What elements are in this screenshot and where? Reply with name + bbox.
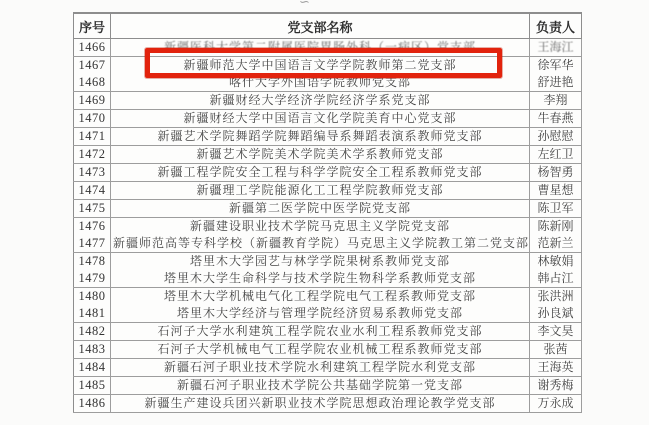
row-index: 1482 [74, 323, 111, 341]
row-index: 1474 [74, 182, 111, 200]
row-index: 1467 [74, 57, 111, 75]
party-branch-table: 序号 党支部名称 负责人 1466 新疆医科大学第二附属医院胃肠外科（一病区）党… [73, 12, 582, 413]
row-index: 1485 [74, 377, 111, 395]
table-row: 1475 新疆第二医学院中医学院党支部 陈卫军 [74, 200, 582, 218]
leader-name: 张洪洲 [530, 288, 582, 306]
branch-name: 新疆艺术学院美术学院美术学系教师党支部 [111, 146, 530, 164]
header-index: 序号 [74, 13, 111, 39]
header-leader: 负责人 [530, 13, 582, 39]
branch-name: 新疆建设职业技术学院马克思主义学院党支部 [111, 218, 530, 236]
branch-name: 塔里木大学机械电气化工程学院电气工程系教师党支部 [111, 288, 530, 306]
row-index: 1481 [74, 305, 111, 323]
branch-name: 新疆石河子职业技术学院水利建筑工程学院水利党支部 [111, 359, 530, 377]
table-row: 1479 塔里木大学生命科学与技术学院生物科学系教师党支部 韩占江 [74, 270, 582, 288]
branch-name: 塔里木大学经济与管理学院经济贸易系教师党支部 [111, 305, 530, 323]
row-index: 1470 [74, 110, 111, 128]
header-branch-name: 党支部名称 [111, 13, 530, 39]
table-row: 1484 新疆石河子职业技术学院水利建筑工程学院水利党支部 王海英 [74, 359, 582, 377]
row-index: 1483 [74, 341, 111, 359]
page-edge-artifact: ∽ [299, 0, 308, 10]
leader-name: 舒进艳 [530, 74, 582, 92]
table-row: 1469 新疆财经大学经济学院经济学系党支部 李翔 [74, 92, 582, 110]
leader-name: 陈新刚 [530, 218, 582, 236]
table-row-highlighted: 1467 新疆师范大学中国语言文学学院教师第二党支部 徐军华 [74, 57, 582, 75]
table-row: 1477 新疆师范高等专科学校（新疆教育学院）马克思主义学院教工第二党支部 范新… [74, 235, 582, 253]
branch-name: 塔里木大学园艺与林学学院果树系教师党支部 [111, 253, 530, 271]
leader-name: 孙良斌 [530, 305, 582, 323]
branch-name: 新疆石河子职业技术学院公共基础学院第一党支部 [111, 377, 530, 395]
row-index: 1476 [74, 218, 111, 236]
leader-name: 曹星想 [530, 182, 582, 200]
table-row: 1466 新疆医科大学第二附属医院胃肠外科（一病区）党支部 王海江 [74, 39, 582, 57]
branch-name: 石河子大学机械电气工程学院农业机械工程系教师党支部 [111, 341, 530, 359]
leader-name: 牛春燕 [530, 110, 582, 128]
row-index: 1468 [74, 74, 111, 92]
row-index: 1472 [74, 146, 111, 164]
leader-name: 林敏娟 [530, 253, 582, 271]
branch-name: 石河子大学水利建筑工程学院农业水利工程系教师党支部 [111, 323, 530, 341]
table-row: 1474 新疆理工学院能源化工工程学院教师党支部 曹星想 [74, 182, 582, 200]
row-index: 1471 [74, 128, 111, 146]
table-header: 序号 党支部名称 负责人 [74, 13, 582, 39]
branch-name: 新疆工程学院安全工程与科学学院安全工程系教师党支部 [111, 164, 530, 182]
table-row: 1468 喀什大学外国语学院教师党支部 舒进艳 [74, 74, 582, 92]
row-index: 1473 [74, 164, 111, 182]
table-row: 1483 石河子大学机械电气工程学院农业机械工程系教师党支部 张茜 [74, 341, 582, 359]
row-index: 1479 [74, 270, 111, 288]
branch-name: 新疆师范高等专科学校（新疆教育学院）马克思主义学院教工第二党支部 [111, 235, 530, 253]
leader-name: 孙慰慰 [530, 128, 582, 146]
leader-name: 杨智勇 [530, 164, 582, 182]
leader-name: 万永成 [530, 395, 582, 413]
table-row: 1482 石河子大学水利建筑工程学院农业水利工程系教师党支部 李文昊 [74, 323, 582, 341]
table-row: 1470 新疆财经大学中国语言文化学院美育中心党支部 牛春燕 [74, 110, 582, 128]
row-index: 1477 [74, 235, 111, 253]
leader-name: 王海英 [530, 359, 582, 377]
table-row: 1485 新疆石河子职业技术学院公共基础学院第一党支部 谢秀梅 [74, 377, 582, 395]
branch-name: 新疆理工学院能源化工工程学院教师党支部 [111, 182, 530, 200]
table-row: 1480 塔里木大学机械电气化工程学院电气工程系教师党支部 张洪洲 [74, 288, 582, 306]
leader-name: 徐军华 [530, 57, 582, 75]
branch-name: 塔里木大学生命科学与技术学院生物科学系教师党支部 [111, 270, 530, 288]
leader-name: 谢秀梅 [530, 377, 582, 395]
branch-name: 新疆财经大学经济学院经济学系党支部 [111, 92, 530, 110]
table-row: 1476 新疆建设职业技术学院马克思主义学院党支部 陈新刚 [74, 218, 582, 236]
leader-name: 范新兰 [530, 235, 582, 253]
branch-name: 新疆财经大学中国语言文化学院美育中心党支部 [111, 110, 530, 128]
branch-name: 新疆师范大学中国语言文学学院教师第二党支部 [111, 57, 530, 75]
leader-name: 李翔 [530, 92, 582, 110]
row-index: 1486 [74, 395, 111, 413]
table-row: 1486 新疆生产建设兵团兴新职业技术学院思想政治理论教学党支部 万永成 [74, 395, 582, 413]
leader-name: 张茜 [530, 341, 582, 359]
row-index: 1469 [74, 92, 111, 110]
row-index: 1484 [74, 359, 111, 377]
row-index: 1478 [74, 253, 111, 271]
table-row: 1473 新疆工程学院安全工程与科学学院安全工程系教师党支部 杨智勇 [74, 164, 582, 182]
table-row: 1478 塔里木大学园艺与林学学院果树系教师党支部 林敏娟 [74, 253, 582, 271]
leader-name: 李文昊 [530, 323, 582, 341]
branch-name: 新疆生产建设兵团兴新职业技术学院思想政治理论教学党支部 [111, 395, 530, 413]
branch-name: 新疆第二医学院中医学院党支部 [111, 200, 530, 218]
leader-name: 陈卫军 [530, 200, 582, 218]
table-row: 1472 新疆艺术学院美术学院美术学系教师党支部 左红卫 [74, 146, 582, 164]
branch-name: 新疆艺术学院舞蹈学院舞蹈编导系舞蹈表演系教师党支部 [111, 128, 530, 146]
table-row: 1481 塔里木大学经济与管理学院经济贸易系教师党支部 孙良斌 [74, 305, 582, 323]
table-row: 1471 新疆艺术学院舞蹈学院舞蹈编导系舞蹈表演系教师党支部 孙慰慰 [74, 128, 582, 146]
row-index: 1480 [74, 288, 111, 306]
branch-name: 喀什大学外国语学院教师党支部 [111, 74, 530, 92]
row-index: 1466 [74, 39, 111, 57]
table-body: 1466 新疆医科大学第二附属医院胃肠外科（一病区）党支部 王海江 1467 新… [74, 39, 582, 413]
branch-name: 新疆医科大学第二附属医院胃肠外科（一病区）党支部 [111, 39, 530, 57]
leader-name: 左红卫 [530, 146, 582, 164]
row-index: 1475 [74, 200, 111, 218]
leader-name: 韩占江 [530, 270, 582, 288]
leader-name: 王海江 [530, 39, 582, 57]
